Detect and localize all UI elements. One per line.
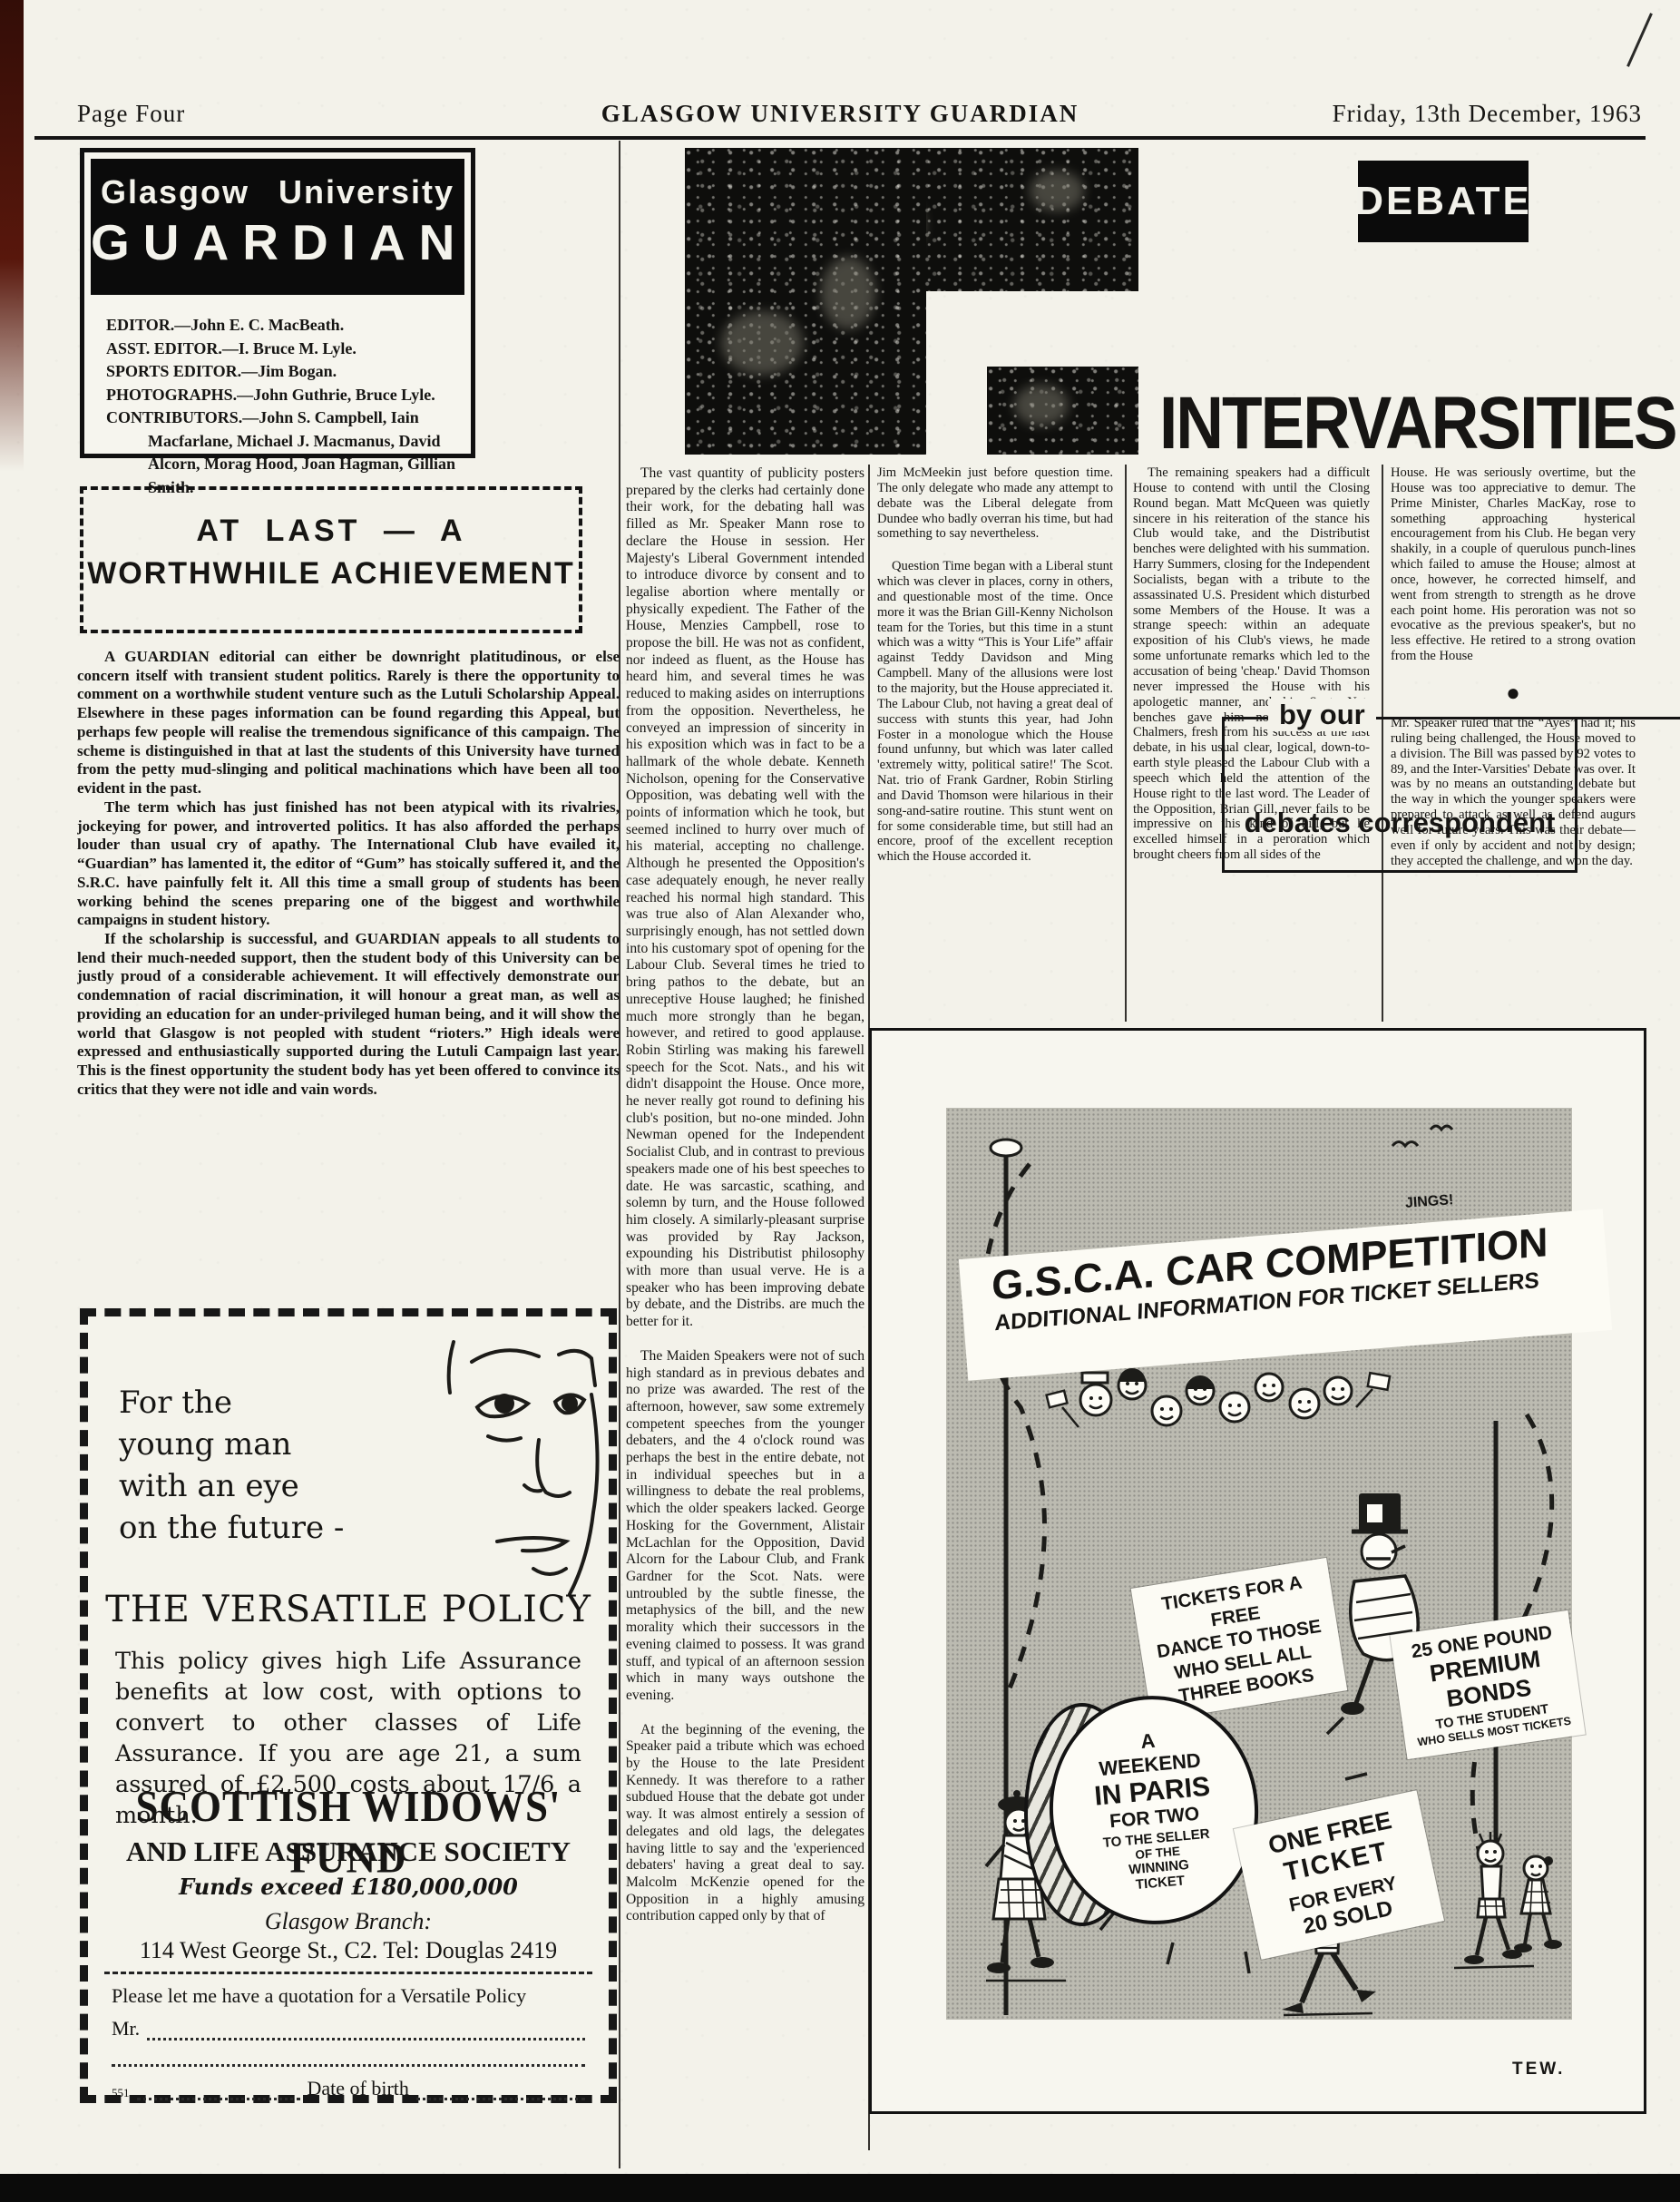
coupon-request-line: Please let me have a quotation for a Ver… bbox=[112, 1984, 526, 2008]
ad-tagline-line: young man bbox=[119, 1424, 344, 1465]
walking-children bbox=[1464, 1832, 1562, 1964]
staff-editor: EDITOR.—John E. C. MacBeath. bbox=[106, 314, 460, 338]
coupon-form-code: 551 bbox=[112, 2086, 130, 2100]
scan-bottom-strip bbox=[0, 2174, 1680, 2202]
section-divider-dot: ● bbox=[1391, 681, 1636, 705]
ad-product-title: THE VERSATILE POLICY bbox=[88, 1589, 609, 1630]
jings-exclamation: JINGS! bbox=[1404, 1192, 1453, 1212]
flag-knob bbox=[991, 1140, 1021, 1156]
editorial-headline-box: AT LAST — A WORTHWHILE ACHIEVEMENT bbox=[80, 486, 582, 633]
premium-bonds-sign: 25 ONE POUND PREMIUM BONDS TO THE STUDEN… bbox=[1390, 1610, 1585, 1759]
young-man-face-illustration bbox=[345, 1331, 603, 1630]
gsca-car-competition-ad: G.S.C.A. CAR COMPETITION ADDITIONAL INFO… bbox=[869, 1028, 1646, 2114]
editorial-paragraph: If the scholarship is successful, and GU… bbox=[77, 930, 620, 1100]
ad-tagline-line: For the bbox=[119, 1382, 344, 1424]
staff-photographs: PHOTOGRAPHS.—John Guthrie, Bruce Lyle. bbox=[106, 384, 460, 407]
coupon-name-row: Mr. bbox=[112, 2017, 585, 2041]
ad-company-name-2: AND LIFE ASSURANCE SOCIETY bbox=[88, 1835, 609, 1868]
ad-branch-label: Glasgow Branch: bbox=[88, 1908, 609, 1935]
article-paragraph: The Maiden Speakers were not of such hig… bbox=[626, 1348, 864, 1705]
article-paragraph: House. He was seriously overtime, but th… bbox=[1391, 465, 1636, 664]
staff-sports-editor: SPORTS EDITOR.—Jim Bogan. bbox=[106, 360, 460, 384]
editorial-paragraph: A GUARDIAN editorial can either be downr… bbox=[77, 648, 620, 798]
article-paragraph: At the beginning of the evening, the Spe… bbox=[626, 1722, 864, 1925]
ad-funds-note: Funds exceed £180,000,000 bbox=[88, 1874, 609, 1900]
byline-top: by our bbox=[1268, 699, 1376, 731]
debate-kicker: DEBATE bbox=[1358, 161, 1529, 242]
editorial-headline-line2: WORTHWHILE ACHIEVEMENT bbox=[83, 556, 579, 592]
staff-list: EDITOR.—John E. C. MacBeath. ASST. EDITO… bbox=[84, 301, 471, 499]
article-column-4: House. He was seriously overtime, but th… bbox=[1391, 465, 1636, 1030]
ad-tagline-line: with an eye bbox=[119, 1465, 344, 1507]
article-column-2: Jim McMeekin just before question time. … bbox=[877, 465, 1113, 1013]
editorial-headline-line1: AT LAST — A bbox=[83, 514, 579, 549]
article-paragraph: Question Time began with a Liberal stunt… bbox=[877, 559, 1113, 865]
scottish-widows-ad: For the young man with an eye on the fut… bbox=[80, 1308, 617, 2103]
masthead-plate: Glasgow University GUARDIAN bbox=[91, 159, 464, 295]
staff-asst-editor: ASST. EDITOR.—I. Bruce M. Lyle. bbox=[106, 338, 460, 361]
coupon-address-field bbox=[112, 2050, 585, 2067]
issue-date: Friday, 13th December, 1963 bbox=[1333, 100, 1642, 128]
coupon-mr-label: Mr. bbox=[112, 2017, 140, 2041]
article-paragraph: The remaining speakers had a difficult H… bbox=[1133, 465, 1370, 863]
scan-scratch-mark bbox=[1626, 13, 1653, 67]
editorial-paragraph: The term which has just finished has not… bbox=[77, 798, 620, 930]
masthead-title-main: GUARDIAN bbox=[91, 213, 464, 271]
masthead-box: Glasgow University GUARDIAN EDITOR.—John… bbox=[80, 148, 475, 458]
article-paragraph: The vast quantity of publicity posters p… bbox=[626, 465, 864, 1331]
editorial-body: A GUARDIAN editorial can either be downr… bbox=[77, 648, 620, 1288]
ad-branch-address: 114 West George St., C2. Tel: Douglas 24… bbox=[88, 1937, 609, 1964]
newspaper-page: Page Four GLASGOW UNIVERSITY GUARDIAN Fr… bbox=[0, 0, 1680, 2202]
coupon-dob-label: Date of birth bbox=[308, 2077, 409, 2100]
article-paragraph: Jim McMeekin just before question time. … bbox=[877, 465, 1113, 542]
cartoonist-signature: TEW. bbox=[1512, 2060, 1565, 2080]
debate-photo bbox=[685, 148, 926, 455]
column-rule-2 bbox=[1125, 465, 1127, 1022]
article-headline: INTERVARSITIES bbox=[1159, 381, 1644, 465]
coupon-name-field bbox=[147, 2023, 585, 2041]
coupon-cut-line bbox=[104, 1972, 592, 1974]
coupon-address-row bbox=[112, 2050, 585, 2067]
masthead-title-top: Glasgow University bbox=[91, 159, 464, 211]
article-paragraph: Mr. Speaker ruled that the “Ayes” had it… bbox=[1391, 716, 1636, 868]
coupon-code-field bbox=[137, 2083, 300, 2100]
header-rule bbox=[34, 136, 1646, 140]
coupon-dob-row: 551 Date of birth bbox=[112, 2077, 585, 2100]
article-column-1: The vast quantity of publicity posters p… bbox=[626, 465, 864, 2149]
debate-photo bbox=[987, 367, 1138, 455]
ad-tagline-line: on the future - bbox=[119, 1507, 344, 1549]
scan-edge-strip bbox=[0, 0, 24, 472]
ad-tagline: For the young man with an eye on the fut… bbox=[119, 1382, 344, 1549]
article-column-3: The remaining speakers had a difficult H… bbox=[1133, 465, 1370, 1013]
coupon-dob-field bbox=[416, 2083, 585, 2100]
